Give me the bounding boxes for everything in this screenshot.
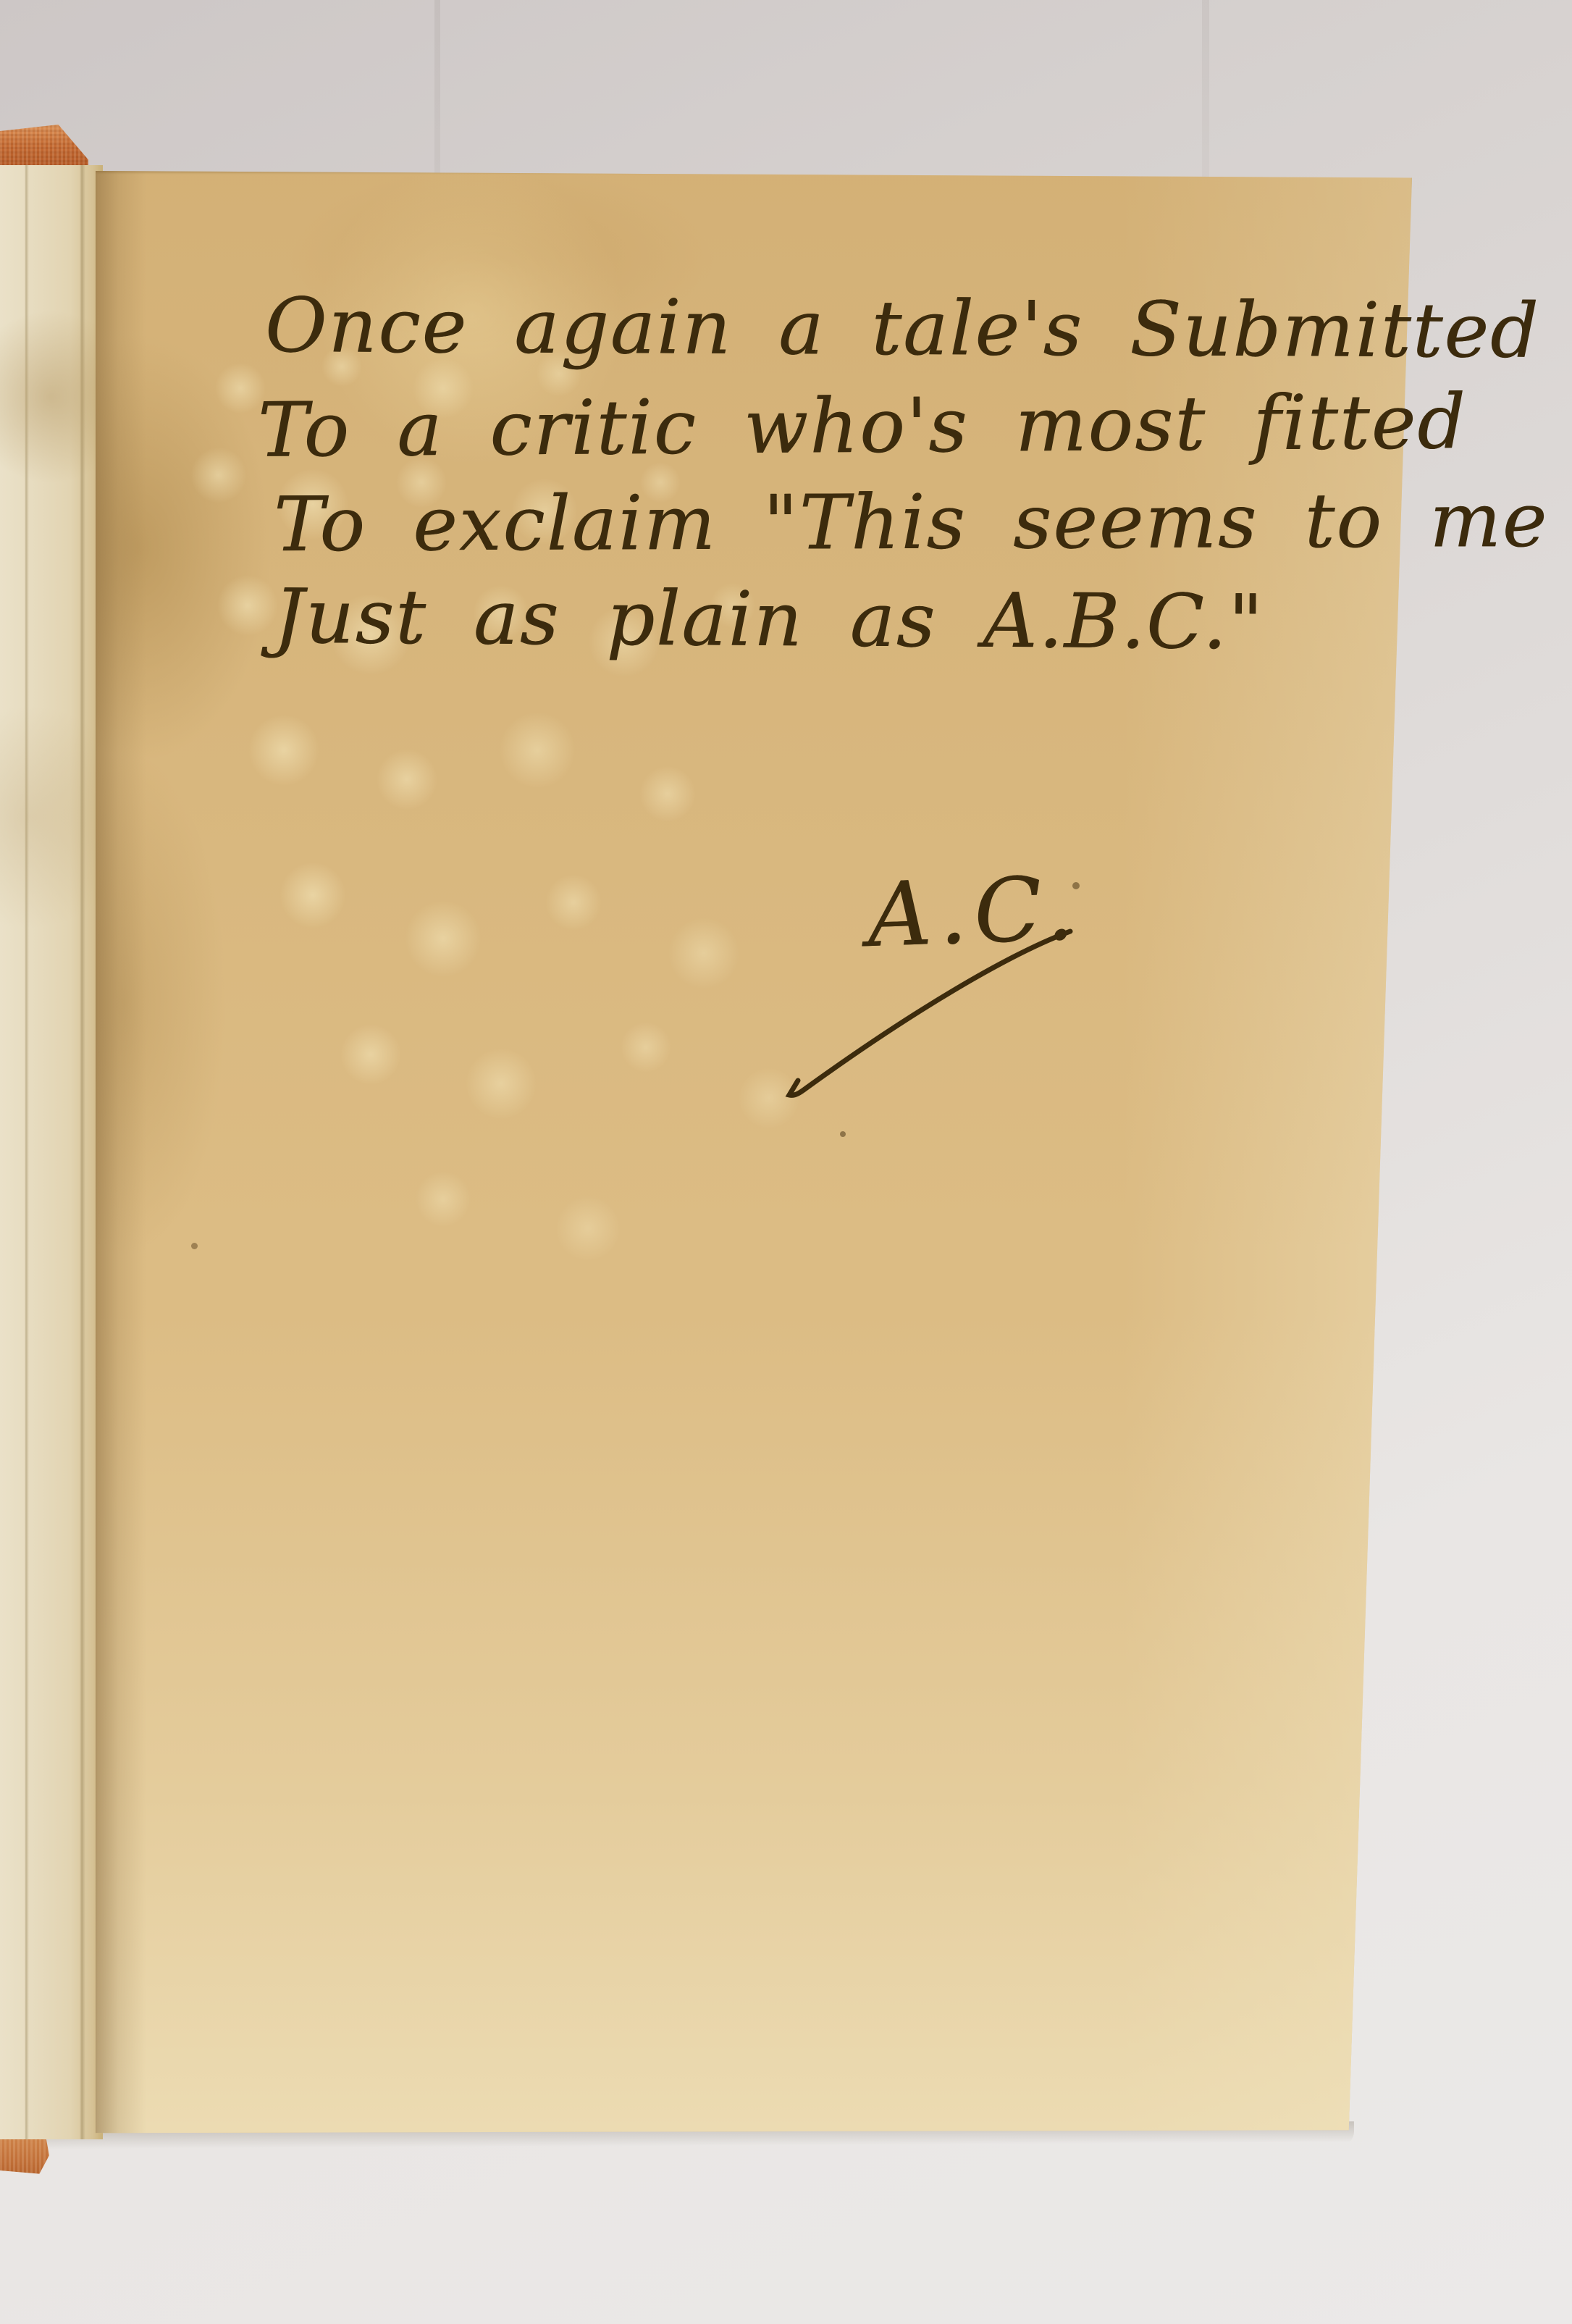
book-cloth-spine-corner xyxy=(0,125,88,171)
ink-speck xyxy=(1072,882,1080,889)
foxing-speck xyxy=(191,1243,198,1249)
inscription-line-4: Just as plain as A.B.C." xyxy=(274,572,1265,666)
ink-speck xyxy=(840,1131,846,1137)
book-cloth-cover-corner xyxy=(0,2134,49,2176)
inscription-line-2: To a critic who's most fitted xyxy=(258,377,1468,474)
gutter-shadow xyxy=(96,171,146,2135)
flyleaf-page-edges xyxy=(0,165,103,2139)
inscription-line-3: To exclaim "This seems to me xyxy=(274,476,1549,569)
signature-flourish xyxy=(769,921,1080,1111)
photo-of-book: { "photo": { "backdrop_color": "#d6d1cf"… xyxy=(0,0,1572,2324)
inscription-line-1: Once again a tale's Submitted xyxy=(265,281,1540,375)
